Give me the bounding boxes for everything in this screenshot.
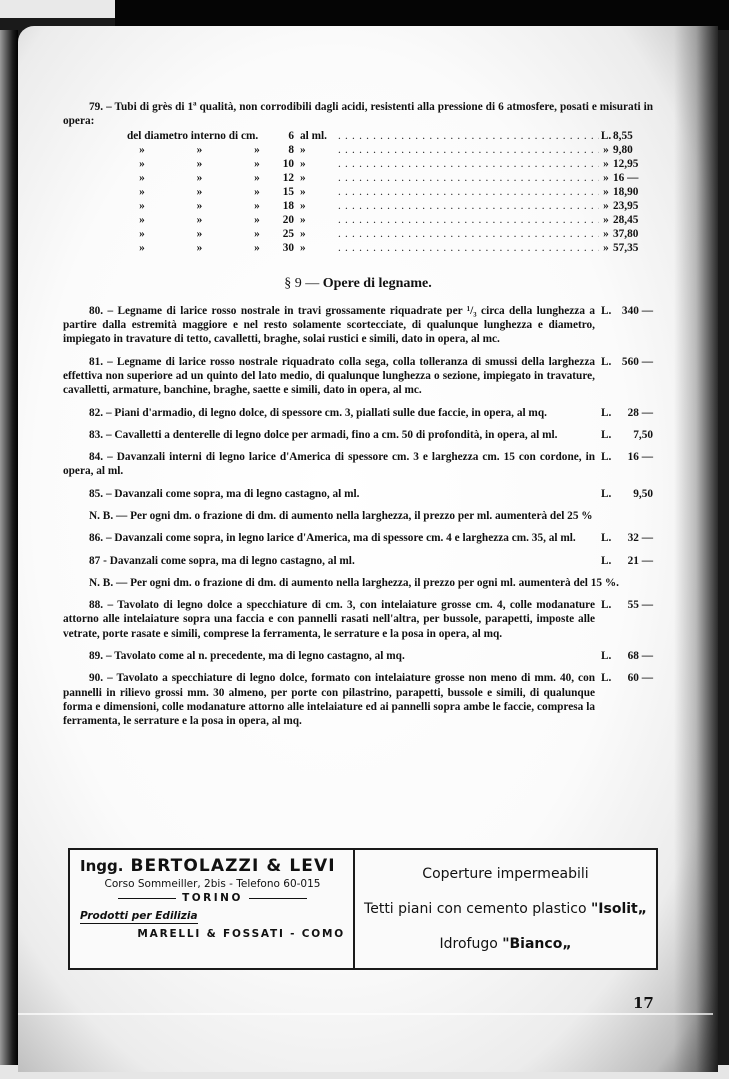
- pipe-table-row: »»»10»..................................…: [127, 157, 653, 171]
- ad-line-3-text: Idrofugo: [439, 936, 502, 952]
- item-79: 79. – Tubi di grès di 1ª qualità, non co…: [63, 100, 653, 255]
- item-description: 86. – Davanzali come sopra, in legno lar…: [63, 531, 595, 545]
- dot-leader: ........................................: [338, 199, 599, 213]
- ditto-mark: »: [242, 171, 272, 185]
- currency: L.: [601, 554, 611, 568]
- dot-leader: ........................................: [338, 185, 599, 199]
- price-item-85: 85. – Davanzali come sopra, ma di legno …: [63, 487, 653, 501]
- ad-line-2: Tetti piani con cemento plastico "Isolit…: [364, 901, 647, 917]
- currency: »: [599, 213, 613, 227]
- pipe-price: 37,80: [613, 227, 653, 241]
- rule-left: [118, 898, 176, 899]
- ditto-mark: »: [127, 199, 157, 213]
- currency: L.: [599, 129, 613, 143]
- currency: »: [599, 157, 613, 171]
- section-title: Opere di legname.: [323, 276, 432, 291]
- price-value: 560 —: [622, 355, 653, 369]
- item-description: 85. – Davanzali come sopra, ma di legno …: [63, 487, 595, 501]
- item-price: L.340 —: [595, 304, 653, 318]
- currency: L.: [601, 487, 611, 501]
- section-heading: § 9 — Opere di legname.: [63, 277, 653, 291]
- pipe-row-label: »»»: [127, 143, 272, 157]
- pipe-price: 28,45: [613, 213, 653, 227]
- section-number: § 9 —: [284, 276, 319, 291]
- currency: »: [599, 143, 613, 157]
- ditto-mark: »: [127, 241, 157, 255]
- currency: L.: [601, 649, 611, 663]
- item-price: L.560 —: [595, 355, 653, 369]
- ditto-mark: »: [127, 185, 157, 199]
- pipe-diameter: 15: [272, 185, 294, 199]
- pipe-unit: »: [294, 227, 338, 241]
- ad-line-3: Idrofugo "Bianco„: [439, 936, 571, 952]
- pipe-price: 16 —: [613, 171, 653, 185]
- pipe-row-label: »»»: [127, 199, 272, 213]
- currency: L.: [601, 406, 611, 420]
- price-value: 60 —: [628, 671, 653, 685]
- ditto-mark: »: [127, 227, 157, 241]
- currency: L.: [601, 428, 611, 442]
- ditto-mark: »: [242, 227, 272, 241]
- dot-leader: ........................................: [338, 227, 599, 241]
- price-value: 32 —: [628, 531, 653, 545]
- currency: »: [599, 241, 613, 255]
- pipe-diameter: 6: [272, 129, 294, 143]
- price-value: 68 —: [628, 649, 653, 663]
- item-price: L.21 —: [595, 554, 653, 568]
- pipe-price: 57,35: [613, 241, 653, 255]
- item-price: L.55 —: [595, 598, 653, 612]
- price-value: 7,50: [633, 428, 653, 442]
- ditto-mark: »: [185, 157, 215, 171]
- item-price: L.68 —: [595, 649, 653, 663]
- item-description: 88. – Tavolato di legno dolce a specchia…: [63, 598, 595, 641]
- pipe-row-label: »»»: [127, 157, 272, 171]
- pipe-table-row: »»»15»..................................…: [127, 185, 653, 199]
- ditto-mark: »: [185, 171, 215, 185]
- price-item-87: 87 - Davanzali come sopra, ma di legno c…: [63, 554, 653, 568]
- pipe-unit: »: [294, 199, 338, 213]
- ad-city-name: TORINO: [182, 892, 243, 904]
- ditto-mark: »: [127, 213, 157, 227]
- page-crease: [18, 1013, 713, 1015]
- pipe-price-table: del diametro interno di cm.6al ml.......…: [127, 129, 653, 256]
- note-text: N. B. — Per ogni dm. o frazione di dm. d…: [63, 576, 653, 590]
- pipe-diameter: 12: [272, 171, 294, 185]
- price-item-84: 84. – Davanzali interni di legno larice …: [63, 450, 653, 479]
- ad-brand-isolit: "Isolit„: [591, 901, 647, 917]
- price-value: 28 —: [628, 406, 653, 420]
- price-value: 16 —: [628, 450, 653, 464]
- ditto-mark: »: [242, 241, 272, 255]
- dot-leader: ........................................: [338, 157, 599, 171]
- item-price: L.32 —: [595, 531, 653, 545]
- currency: L.: [601, 355, 611, 369]
- pipe-table-row: »»»12»..................................…: [127, 171, 653, 185]
- dot-leader: ........................................: [338, 171, 599, 185]
- dot-leader: ........................................: [338, 143, 599, 157]
- pipe-price: 23,95: [613, 199, 653, 213]
- pipe-unit: al ml.: [294, 129, 338, 143]
- price-item-81: 81. – Legname di larice rosso nostrale r…: [63, 355, 653, 398]
- price-items-list: 80. – Legname di larice rosso nostrale i…: [63, 304, 653, 729]
- pipe-diameter: 8: [272, 143, 294, 157]
- currency: L.: [601, 598, 611, 612]
- price-item-89: 89. – Tavolato come al n. precedente, ma…: [63, 649, 653, 663]
- ditto-mark: »: [185, 227, 215, 241]
- pipe-price: 12,95: [613, 157, 653, 171]
- item-79-text: 79. – Tubi di grès di 1ª qualità, non co…: [63, 100, 653, 129]
- pipe-unit: »: [294, 157, 338, 171]
- pipe-price: 8,55: [613, 129, 653, 143]
- ad-line-1: Coperture impermeabili: [422, 866, 588, 882]
- pipe-diameter: 20: [272, 213, 294, 227]
- item-description: 83. – Cavalletti a denterelle di legno d…: [63, 428, 595, 442]
- page-content: 79. – Tubi di grès di 1ª qualità, non co…: [63, 100, 653, 737]
- price-item-83: 83. – Cavalletti a denterelle di legno d…: [63, 428, 653, 442]
- pipe-unit: »: [294, 171, 338, 185]
- pipe-price: 9,80: [613, 143, 653, 157]
- price-item-86: 86. – Davanzali come sopra, in legno lar…: [63, 531, 653, 545]
- item-description: 87 - Davanzali come sopra, ma di legno c…: [63, 554, 595, 568]
- price-item-82: 82. – Piani d'armadio, di legno dolce, d…: [63, 406, 653, 420]
- ad-address: Corso Sommeiller, 2bis - Telefono 60-015: [80, 878, 345, 890]
- ad-products: Prodotti per Edilizia: [80, 910, 198, 924]
- pipe-table-row: »»»20»..................................…: [127, 213, 653, 227]
- ditto-mark: »: [185, 143, 215, 157]
- scan-border-top-left: [0, 0, 115, 18]
- currency: L.: [601, 304, 611, 318]
- pipe-unit: »: [294, 185, 338, 199]
- pipe-table-row: »»»30»..................................…: [127, 241, 653, 255]
- ditto-mark: »: [127, 171, 157, 185]
- ditto-mark: »: [242, 213, 272, 227]
- item-price: L.7,50: [595, 428, 653, 442]
- ditto-mark: »: [185, 213, 215, 227]
- item-price: L.60 —: [595, 671, 653, 685]
- price-value: 55 —: [628, 598, 653, 612]
- pipe-diameter: 10: [272, 157, 294, 171]
- currency: »: [599, 171, 613, 185]
- ditto-mark: »: [242, 143, 272, 157]
- pipe-table-row: »»»18»..................................…: [127, 199, 653, 213]
- pipe-row-label: »»»: [127, 241, 272, 255]
- ad-firm-title: BERTOLAZZI & LEVI: [130, 856, 335, 876]
- pipe-price: 18,90: [613, 185, 653, 199]
- rule-right: [249, 898, 307, 899]
- ditto-mark: »: [242, 185, 272, 199]
- item-price: L.16 —: [595, 450, 653, 464]
- price-value: 9,50: [633, 487, 653, 501]
- item-description: 84. – Davanzali interni di legno larice …: [63, 450, 595, 479]
- price-item-80: 80. – Legname di larice rosso nostrale i…: [63, 304, 653, 347]
- price-item-nb2: N. B. — Per ogni dm. o frazione di dm. d…: [63, 576, 653, 590]
- item-description: 80. – Legname di larice rosso nostrale i…: [63, 304, 595, 347]
- currency: L.: [601, 450, 611, 464]
- ditto-mark: »: [127, 143, 157, 157]
- pipe-diameter: 18: [272, 199, 294, 213]
- item-description: 82. – Piani d'armadio, di legno dolce, d…: [63, 406, 595, 420]
- scan-border-left: [0, 30, 18, 1079]
- pipe-unit: »: [294, 143, 338, 157]
- ditto-mark: »: [242, 157, 272, 171]
- dot-leader: ........................................: [338, 241, 599, 255]
- pipe-row-label: »»»: [127, 213, 272, 227]
- ad-line-2-text: Tetti piani con cemento plastico: [364, 901, 591, 917]
- currency: »: [599, 185, 613, 199]
- ad-brand-bianco: "Bianco„: [502, 936, 571, 952]
- item-description: 90. – Tavolato a specchiature di legno d…: [63, 671, 595, 728]
- pipe-row-label: »»»: [127, 185, 272, 199]
- price-item-90: 90. – Tavolato a specchiature di legno d…: [63, 671, 653, 728]
- pipe-unit: »: [294, 241, 338, 255]
- ad-waterproofing: Coperture impermeabili Tetti piani con c…: [355, 850, 656, 968]
- ad-firm-prefix: Ingg.: [80, 857, 123, 875]
- ditto-mark: »: [185, 199, 215, 213]
- item-description: 89. – Tavolato come al n. precedente, ma…: [63, 649, 595, 663]
- page-number: 17: [633, 994, 654, 1012]
- pipe-diameter: 30: [272, 241, 294, 255]
- pipe-table-row: del diametro interno di cm.6al ml.......…: [127, 129, 653, 143]
- item-price: L.9,50: [595, 487, 653, 501]
- ditto-mark: »: [185, 185, 215, 199]
- pipe-diameter: 25: [272, 227, 294, 241]
- currency: L.: [601, 531, 611, 545]
- note-text: N. B. — Per ogni dm. o frazione di dm. d…: [63, 509, 653, 523]
- currency: »: [599, 199, 613, 213]
- ad-bertolazzi-levi: Ingg. BERTOLAZZI & LEVI Corso Sommeiller…: [70, 850, 355, 968]
- pipe-table-row: »»»25»..................................…: [127, 227, 653, 241]
- pipe-row-label: del diametro interno di cm.: [127, 129, 272, 143]
- ditto-mark: »: [127, 157, 157, 171]
- price-item-88: 88. – Tavolato di legno dolce a specchia…: [63, 598, 653, 641]
- price-value: 21 —: [628, 554, 653, 568]
- price-item-nb1: N. B. — Per ogni dm. o frazione di dm. d…: [63, 509, 653, 523]
- pipe-unit: »: [294, 213, 338, 227]
- dot-leader: ........................................: [338, 129, 599, 143]
- ad-maker: MARELLI & FOSSATI - COMO: [80, 928, 345, 940]
- ditto-mark: »: [242, 199, 272, 213]
- dot-leader: ........................................: [338, 213, 599, 227]
- ad-city: TORINO: [80, 892, 345, 904]
- pipe-table-row: »»»8»...................................…: [127, 143, 653, 157]
- currency: »: [599, 227, 613, 241]
- ad-firm-name: Ingg. BERTOLAZZI & LEVI: [80, 856, 345, 876]
- item-price: L.28 —: [595, 406, 653, 420]
- advertisement-box: Ingg. BERTOLAZZI & LEVI Corso Sommeiller…: [68, 848, 658, 970]
- price-value: 340 —: [622, 304, 653, 318]
- currency: L.: [601, 671, 611, 685]
- item-description: 81. – Legname di larice rosso nostrale r…: [63, 355, 595, 398]
- ditto-mark: »: [185, 241, 215, 255]
- pipe-row-label: »»»: [127, 171, 272, 185]
- pipe-row-label: »»»: [127, 227, 272, 241]
